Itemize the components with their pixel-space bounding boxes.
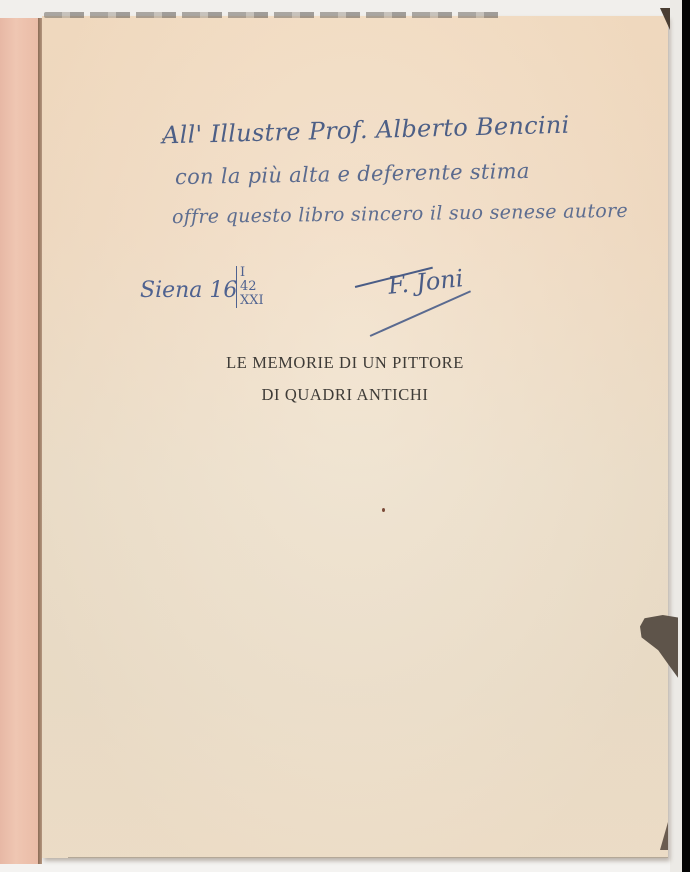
dedication-date-stack: I 42 XXI <box>236 266 264 308</box>
book-cover-left <box>0 18 40 864</box>
book-title-line-1: LE MEMORIE DI UN PITTORE <box>120 353 570 373</box>
page-bottom-edge <box>68 857 668 858</box>
date-month: I <box>240 266 264 280</box>
folded-corner-top-right <box>660 8 670 30</box>
date-year: 42 <box>240 280 264 294</box>
scanner-black-edge <box>682 0 690 872</box>
dedication-place-date: Siena 16 <box>140 278 237 303</box>
frayed-top-edge <box>44 12 504 18</box>
book-title-line-2: DI QUADRI ANTICHI <box>120 385 570 405</box>
folded-corner-bottom-right <box>660 822 668 850</box>
scanned-page: All' Illustre Prof. Alberto Bencini con … <box>0 0 690 872</box>
date-fascist-era-year: XXI <box>240 294 264 308</box>
scanner-background-right <box>670 0 682 872</box>
paper-speck <box>382 508 385 512</box>
